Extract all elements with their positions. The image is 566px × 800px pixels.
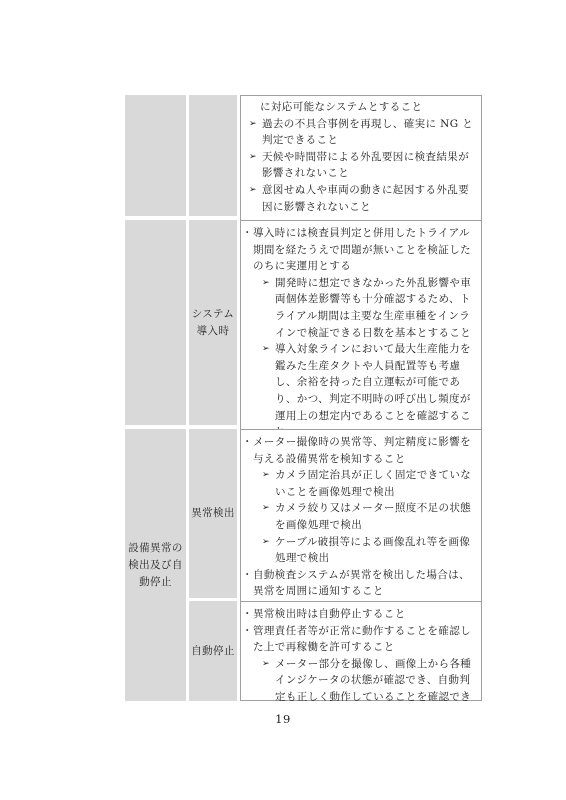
- arrow-bullet-icon: ➢: [249, 149, 257, 166]
- list-item: ➢メーター部分を撮像し、画像上から各種インジケータの状態が確認でき、自動判定も正…: [240, 656, 477, 701]
- item-text: ケーブル破損等による画像乱れ等を画像処理で検出: [275, 536, 470, 565]
- dot-bullet: ・: [242, 225, 253, 242]
- item-text: 管理責任者等が正常に動作することを確認した上で再稼働を許可すること: [253, 625, 471, 654]
- arrow-bullet-icon: ➢: [262, 341, 270, 358]
- item-text: 自動検査システムが異常を検出した場合は、異常を周囲に通知すること: [253, 569, 470, 598]
- subcategory-cell-system-introduction: システム導入時: [189, 220, 237, 425]
- dot-bullet: ・: [242, 606, 253, 623]
- list-item: ➢開発時に想定できなかった外乱影響や車両個体差影響等も十分確認するため、トライア…: [240, 275, 477, 341]
- item-text: に対応可能なシステムとすること: [260, 101, 422, 113]
- list-item: ➢カメラ絞り又はメーター照度不足の状態を画像処理で検出: [240, 500, 477, 533]
- item-text: 導入時には検査員判定と併用したトライアル期間を経たうえで問題が無いことを検証した…: [253, 227, 471, 272]
- list-item: ・メーター撮像時の異常等、判定精度に影響を与える設備異常を検知すること: [240, 434, 477, 467]
- arrow-bullet-icon: ➢: [249, 116, 257, 133]
- list-item: に対応可能なシステムとすること: [240, 99, 477, 116]
- item-text: メーター部分を撮像し、画像上から各種インジケータの状態が確認でき、自動判定も正し…: [275, 658, 471, 701]
- item-text: メーター撮像時の異常等、判定精度に影響を与える設備異常を検知すること: [253, 436, 471, 465]
- list-item: ・自動検査システムが異常を検出した場合は、異常を周囲に通知すること: [240, 567, 477, 600]
- subcategory-cell-abnormality-detection: 異常検出: [189, 429, 237, 598]
- content-cell-abnormality-detection: ・メーター撮像時の異常等、判定精度に影響を与える設備異常を検知すること➢カメラ固…: [240, 429, 482, 601]
- item-text: カメラ絞り又はメーター照度不足の状態を画像処理で検出: [275, 502, 471, 531]
- list-item: ➢カメラ固定治具が正しく固定できていないことを画像処理で検出: [240, 467, 477, 500]
- list-item: ➢ケーブル破損等による画像乱れ等を画像処理で検出: [240, 534, 477, 567]
- arrow-bullet-icon: ➢: [262, 275, 270, 292]
- dot-bullet: ・: [242, 623, 253, 640]
- page-number: 19: [0, 712, 566, 726]
- content-cell-auto-stop: ・異常検出時は自動停止すること・管理責任者等が正常に動作することを確認した上で再…: [240, 601, 482, 701]
- arrow-bullet-icon: ➢: [262, 534, 270, 551]
- subcategory-cell-empty: [189, 95, 237, 216]
- list-item: ・異常検出時は自動停止すること: [240, 606, 477, 623]
- document-page: 設備異常の検出及び自動停止 システム導入時 異常検出 自動停止 に対応可能なシス…: [0, 0, 566, 800]
- item-text: 意図せぬ人や車両の動きに起因する外乱要因に影響されないこと: [262, 184, 469, 213]
- item-text: 異常検出時は自動停止すること: [253, 608, 406, 620]
- dot-bullet: ・: [242, 434, 253, 451]
- list-item: ➢意図せぬ人や車両の動きに起因する外乱要因に影響されないこと: [240, 182, 477, 215]
- arrow-bullet-icon: ➢: [262, 467, 270, 484]
- dot-bullet: ・: [242, 567, 253, 584]
- content-cell-continuation: に対応可能なシステムとすること➢過去の不具合事例を再現し、確実に NG と判定で…: [240, 95, 482, 220]
- subcategory-cell-auto-stop: 自動停止: [189, 601, 237, 701]
- arrow-bullet-icon: ➢: [249, 182, 257, 199]
- requirements-table: 設備異常の検出及び自動停止 システム導入時 異常検出 自動停止 に対応可能なシス…: [125, 95, 482, 701]
- item-text: 開発時に想定できなかった外乱影響や車両個体差影響等も十分確認するため、トライアル…: [275, 277, 471, 339]
- item-text: カメラ固定治具が正しく固定できていないことを画像処理で検出: [275, 469, 471, 498]
- list-item: ➢導入対象ラインにおいて最大生産能力を鑑みた生産タクトや人員配置等も考慮し、余裕…: [240, 341, 477, 429]
- arrow-bullet-icon: ➢: [262, 500, 270, 517]
- category-cell-continuation-row1: [125, 95, 186, 216]
- item-text: 導入対象ラインにおいて最大生産能力を鑑みた生産タクトや人員配置等も考慮し、余裕を…: [275, 343, 471, 429]
- category-cell-continuation-row2: [125, 220, 186, 425]
- list-item: ・管理責任者等が正常に動作することを確認した上で再稼働を許可すること: [240, 623, 477, 656]
- list-item: ・導入時には検査員判定と併用したトライアル期間を経たうえで問題が無いことを検証し…: [240, 225, 477, 275]
- category-cell-equipment-abnormality: 設備異常の検出及び自動停止: [125, 429, 186, 701]
- list-item: ➢過去の不具合事例を再現し、確実に NG と判定できること: [240, 116, 477, 149]
- list-item: ➢天候や時間帯による外乱要因に検査結果が影響されないこと: [240, 149, 477, 182]
- content-cell-system-introduction: ・導入時には検査員判定と併用したトライアル期間を経たうえで問題が無いことを検証し…: [240, 220, 482, 429]
- item-text: 天候や時間帯による外乱要因に検査結果が影響されないこと: [262, 151, 469, 180]
- item-text: 過去の不具合事例を再現し、確実に NG と判定できること: [262, 118, 473, 147]
- arrow-bullet-icon: ➢: [262, 656, 270, 673]
